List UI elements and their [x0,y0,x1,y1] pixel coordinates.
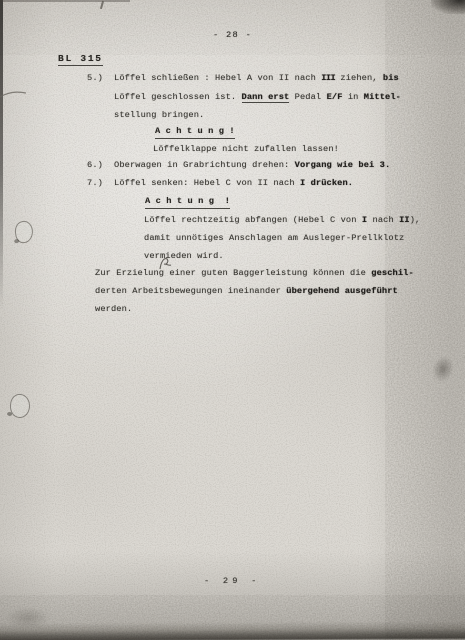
text-segment: Pedal [289,92,326,102]
caution-1-body: Löffelklappe nicht zufallen lassen! [153,144,339,155]
page-number-top: - 28 - [213,30,252,41]
step-5-line-3: stellung bringen. [114,110,204,121]
text-segment: nach [367,215,399,225]
text-segment: in [343,92,364,102]
caution-1-heading: A c h t u n g ! [155,126,235,139]
text-segment: I drücken. [300,178,353,188]
text-segment: Löffel schließen : Hebel A von II nach [114,73,321,83]
caution-2-line-3: vermieden wird. [144,251,224,262]
typed-text-layer: - 28 - BL 315 5.) Löffel schließen : Heb… [0,0,465,640]
text-segment: übergehend ausgeführt [286,286,398,296]
doc-reference: BL 315 [58,53,103,66]
text-segment: ), [410,215,421,225]
text-segment: II [399,215,410,225]
closing-line-2: derten Arbeitsbewegungen ineinander über… [95,286,398,297]
text-segment: Mittel- [364,92,401,102]
step-7-marker: 7.) [87,178,103,189]
text-segment: bis [383,73,399,83]
text-segment: Löffel geschlossen ist. [114,92,242,102]
step-6-line: Oberwagen in Grabrichtung drehen: Vorgan… [114,160,390,171]
step-5-line-1: Löffel schließen : Hebel A von II nach I… [114,73,399,84]
text-segment: E/F [327,92,343,102]
text-segment: geschil- [371,268,414,278]
page-number-bottom: - 29 - [204,576,260,587]
text-segment: III [321,73,335,83]
caution-2-line-1: Löffel rechtzeitig abfangen (Hebel C von… [144,215,420,226]
text-segment: Dann erst [242,92,290,104]
step-7-line: Löffel senken: Hebel C von II nach I drü… [114,178,353,189]
text-segment: Löffel rechtzeitig abfangen (Hebel C von [144,215,362,225]
scanned-document-page: - 28 - BL 315 5.) Löffel schließen : Heb… [0,0,465,640]
step-6-marker: 6.) [87,160,103,171]
closing-line-1: Zur Erzielung einer guten Baggerleistung… [95,268,414,279]
text-segment: derten Arbeitsbewegungen ineinander [95,286,286,296]
closing-line-3: werden. [95,304,132,315]
text-segment: Zur Erzielung einer guten Baggerleistung… [95,268,371,278]
caution-2-heading: A c h t u n g ! [145,196,230,209]
caution-2-line-2: damit unnötiges Anschlagen am Ausleger-P… [144,233,404,244]
step-5-line-2: Löffel geschlossen ist. Dann erst Pedal … [114,92,401,103]
text-segment: Vorgang wie bei 3. [295,160,391,170]
step-5-marker: 5.) [87,73,103,84]
text-segment: Löffel senken: Hebel C von II nach [114,178,300,188]
text-segment: ziehen, [335,73,383,83]
text-segment: Oberwagen in Grabrichtung drehen: [114,160,295,170]
